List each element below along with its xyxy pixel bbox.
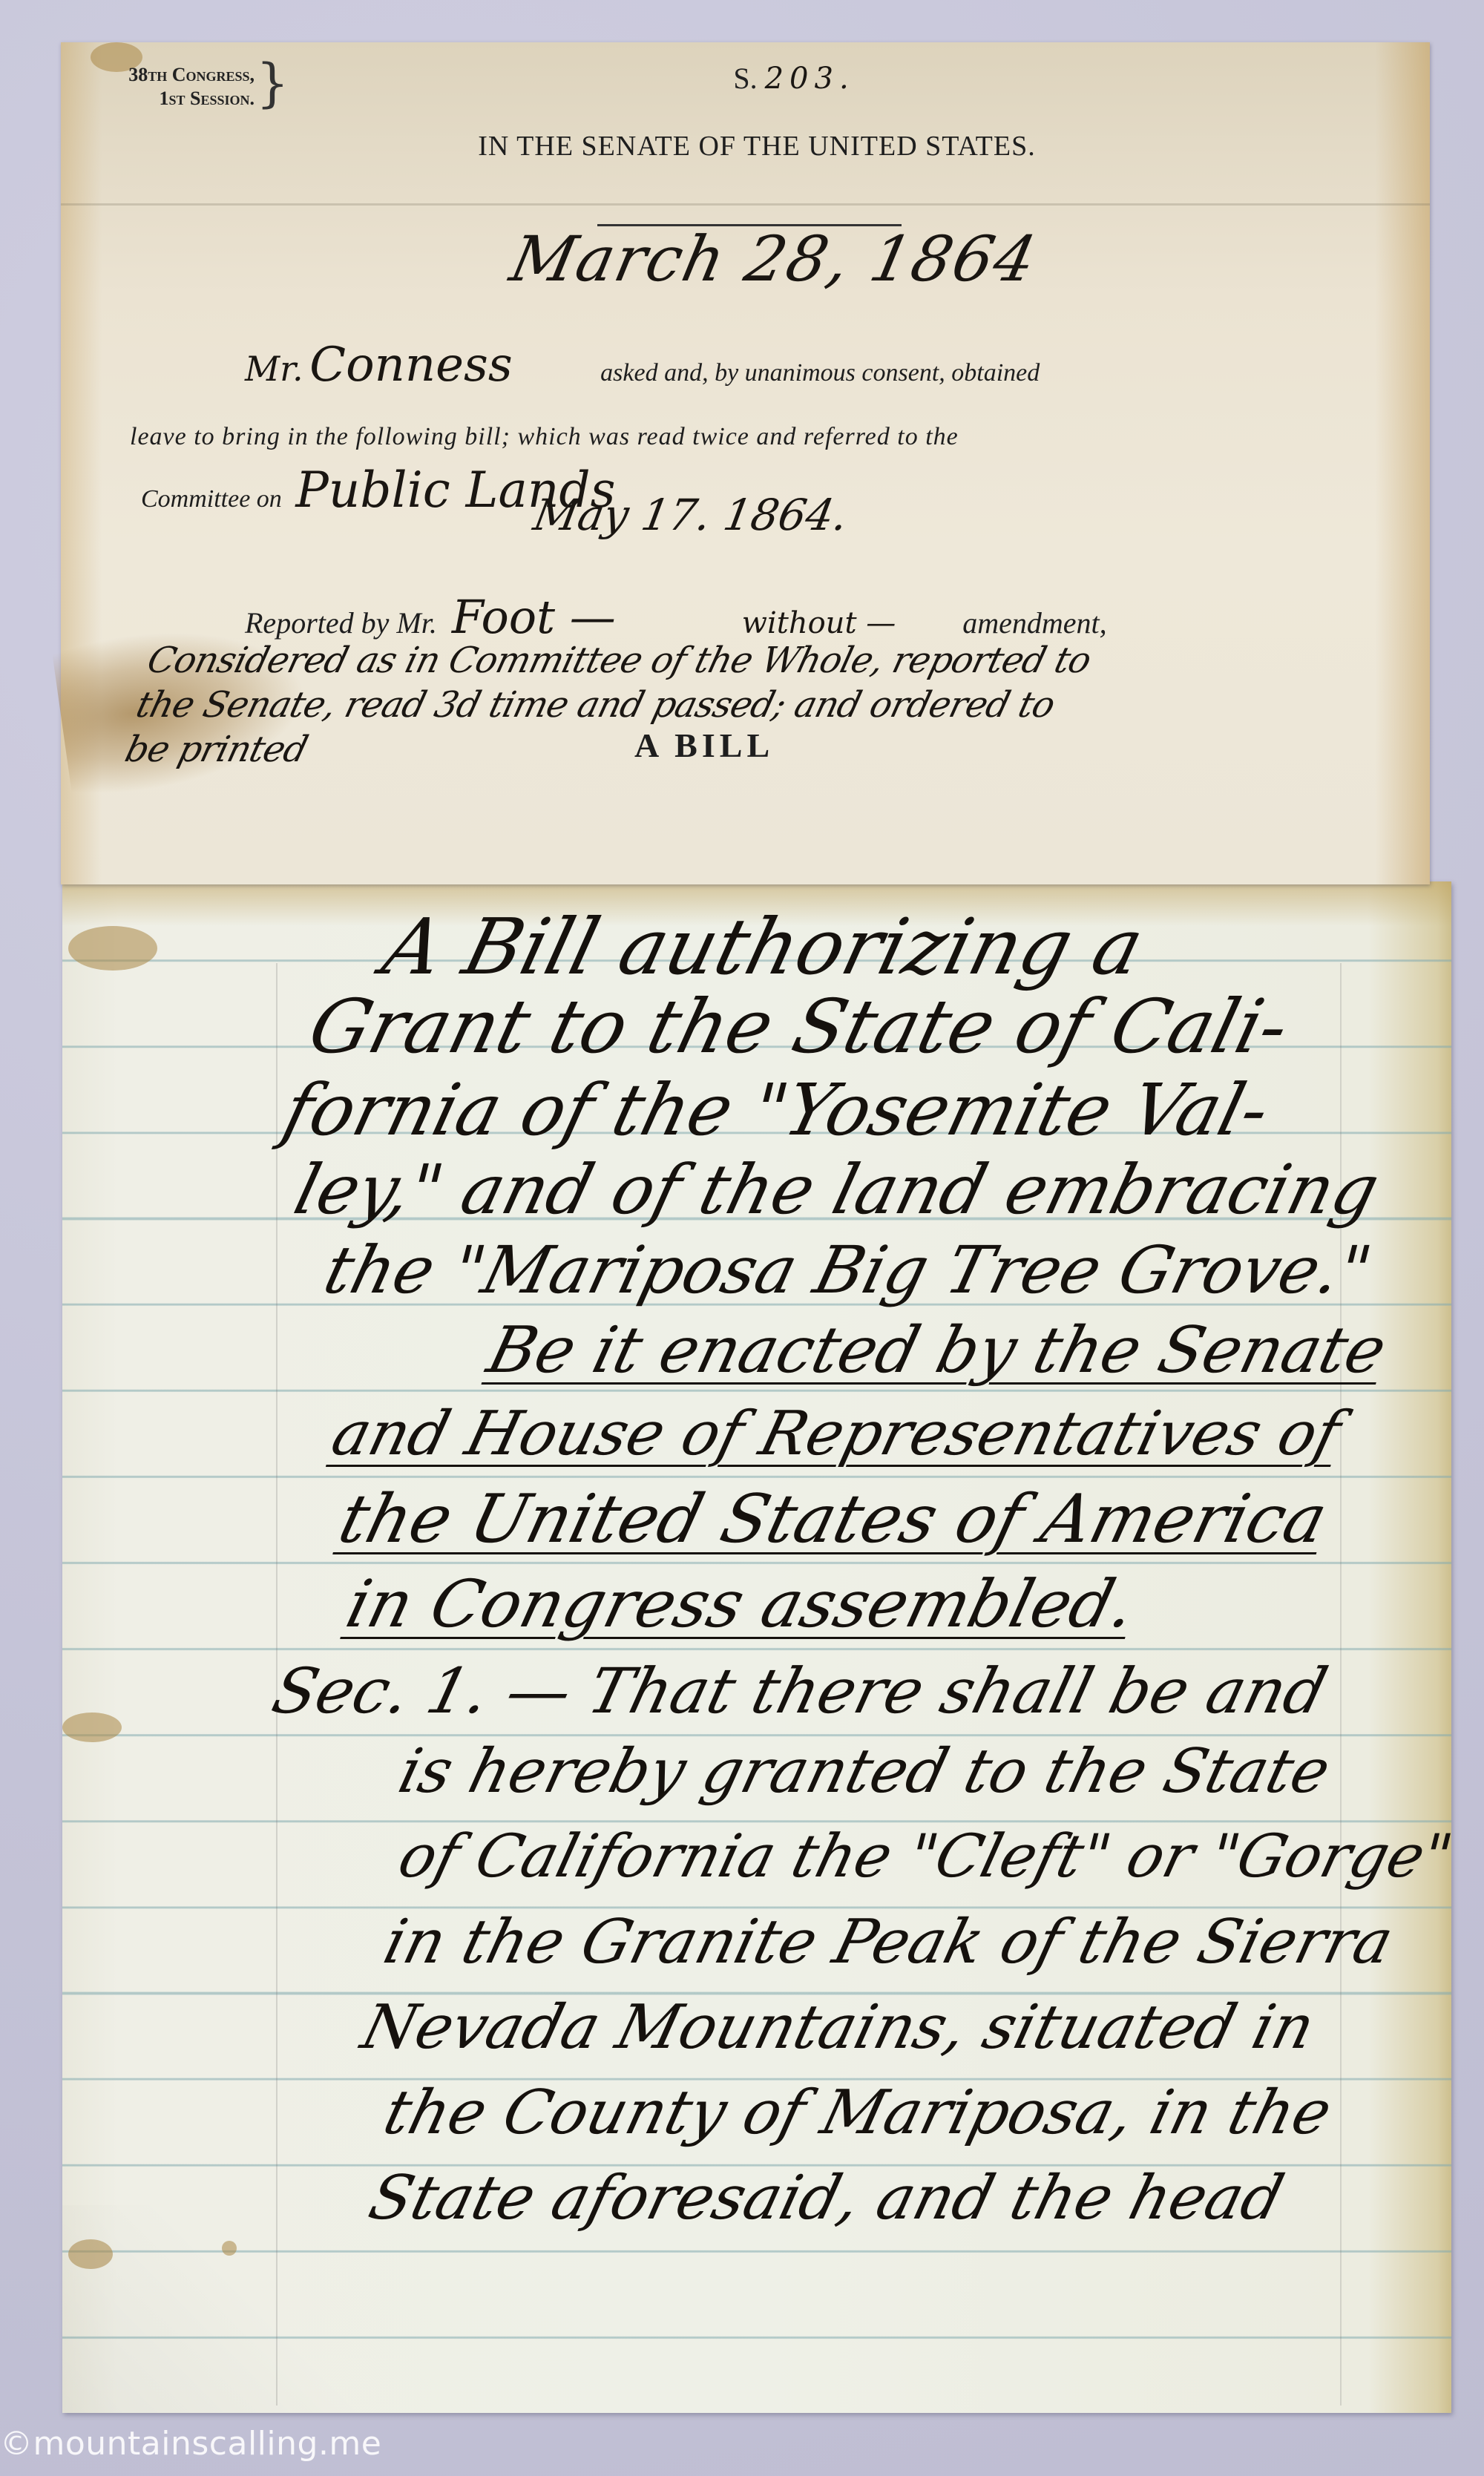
introduction-line-1: Mr. Conness asked and, by unanimous cons…: [245, 338, 1358, 393]
enacting-clause-line: in Congress assembled.: [339, 1566, 1143, 1642]
watermark: ©mountainscalling.me: [0, 2425, 381, 2463]
committee-label: Committee on: [141, 485, 282, 513]
manuscript-line: is hereby granted to the State: [392, 1736, 1337, 1807]
congress-label: 38th Congress,: [80, 63, 255, 87]
chamber-title: IN THE SENATE OF THE UNITED STATES.: [386, 130, 1128, 162]
enacting-clause-line: the United States of America: [332, 1480, 1335, 1558]
manuscript-line: the County of Mariposa, in the: [377, 2078, 1339, 2148]
introduction-text-1: asked and, by unanimous consent, obtaine…: [600, 359, 1040, 387]
session-label: 1st Session.: [80, 87, 255, 111]
introduction-line-2: leave to bring in the following bill; wh…: [130, 423, 1369, 451]
bill-prefix: S.: [733, 62, 757, 95]
amendment-label: amendment,: [962, 606, 1106, 640]
manuscript-line: of California the "Cleft" or "Gorge": [392, 1822, 1459, 1891]
paper-crease: [61, 203, 1430, 206]
page-fold: [62, 2205, 374, 2413]
report-date: May 17. 1864.: [530, 490, 852, 540]
section-heading-line: Sec. 1. — That there shall be and: [266, 1655, 1334, 1727]
reporter-name: Foot —: [452, 590, 616, 644]
sponsor-name: Conness: [309, 338, 513, 393]
mr-label: Mr.: [245, 349, 303, 389]
congress-session: 38th Congress, 1st Session.: [80, 63, 255, 111]
manuscript-line: A Bill authorizing a: [375, 902, 1152, 992]
stain-spot: [68, 926, 157, 971]
manuscript-line: the "Mariposa Big Tree Grove.": [317, 1232, 1379, 1308]
bill-number-handwritten: 203.: [765, 62, 855, 96]
a-bill-heading: A BILL: [634, 726, 774, 765]
brace-icon: }: [256, 61, 289, 105]
without-handwritten: without —: [742, 606, 896, 640]
reported-by-label: Reported by Mr.: [245, 606, 437, 640]
annotation-line: the Senate, read 3d time and passed; and…: [132, 683, 1434, 727]
introduction-date: March 28, 1864: [505, 223, 1044, 295]
manuscript-line: State aforesaid, and the head: [362, 2163, 1290, 2233]
manuscript-line: ley," and of the land embracing: [287, 1150, 1387, 1229]
annotation-line: Considered as in Committee of the Whole,…: [142, 638, 1445, 683]
manuscript-line: Grant to the State of Cali-: [301, 983, 1297, 1070]
manuscript-line: Nevada Mountains, situated in: [355, 1992, 1322, 2063]
manuscript-line: in the Granite Peak of the Sierra: [377, 1907, 1399, 1977]
enacting-clause-line: and House of Representatives of: [325, 1399, 1347, 1469]
stain-spot: [62, 1712, 122, 1742]
bill-number: S. 203.: [646, 61, 942, 96]
handwritten-annotation: Considered as in Committee of the Whole,…: [121, 638, 1445, 772]
reported-line: Reported by Mr. Foot — without — amendme…: [245, 590, 1432, 644]
manuscript-line: fornia of the "Yosemite Val-: [275, 1068, 1278, 1152]
enacting-clause-line: Be it enacted by the Senate: [481, 1313, 1393, 1388]
